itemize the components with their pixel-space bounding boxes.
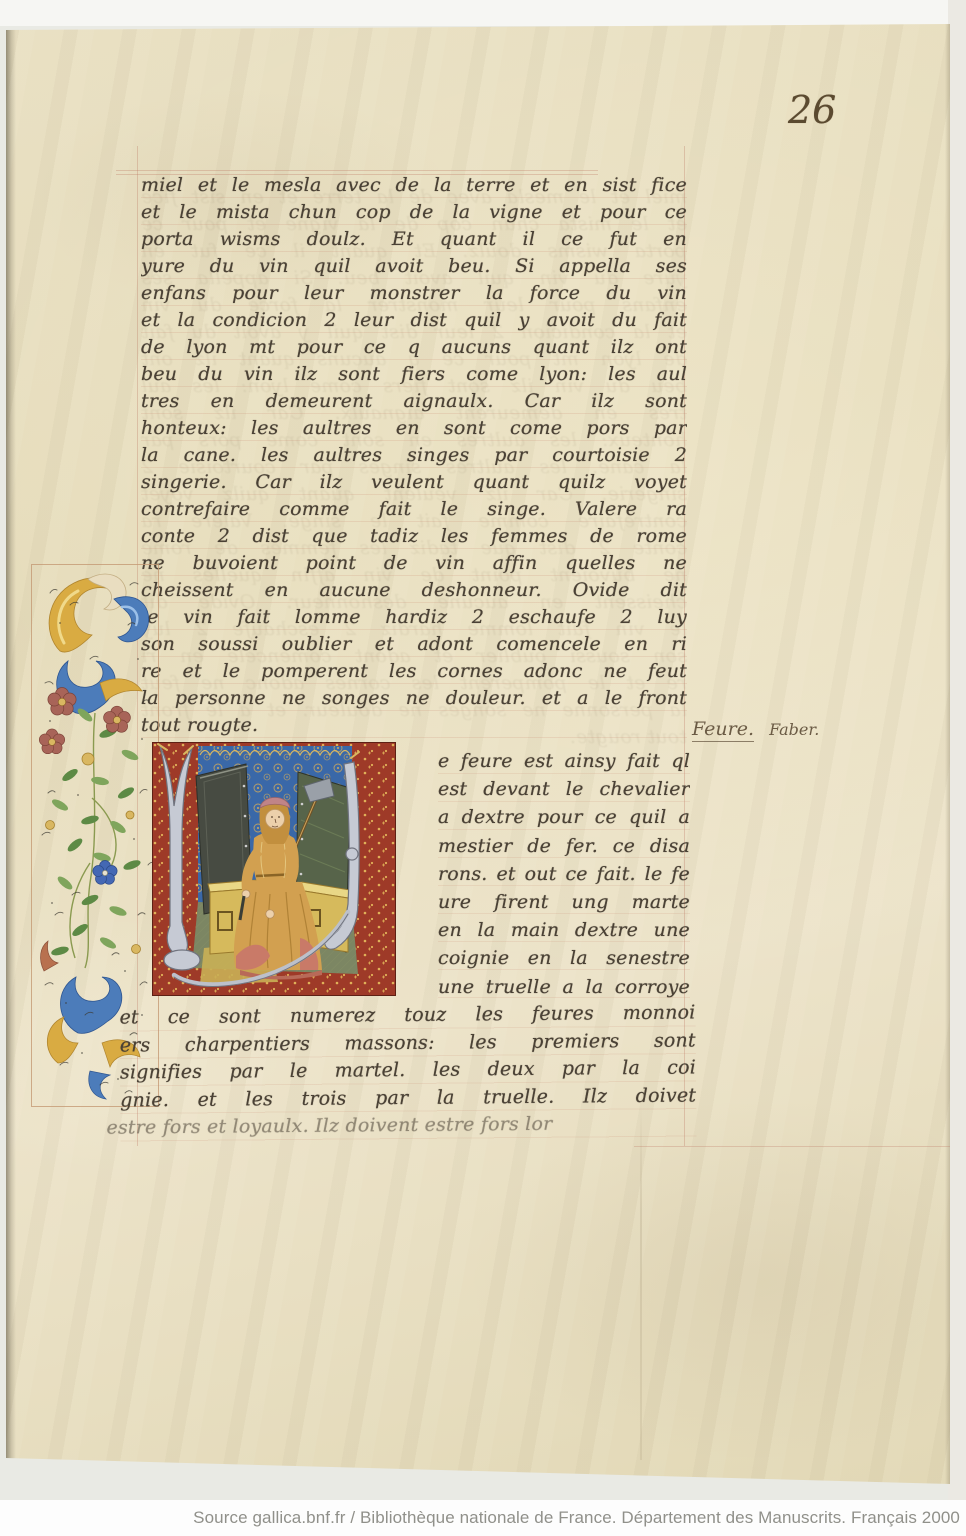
manuscript-page: 26 miel et le mesla avec de la terre et …	[6, 24, 950, 1484]
manuscript-line: beu du vin ilz sont fiers come lyon: les…	[141, 361, 687, 388]
manuscript-line: ure firent ung marte	[438, 888, 690, 916]
manuscript-line: et le mista chun cop de la vigne et pour…	[141, 199, 687, 226]
manuscript-line: enfans pour leur monstrer la force du vi…	[141, 280, 687, 307]
manuscript-line: une truelle a la corroye	[438, 973, 690, 1001]
margin-note-gloss: Faber.	[769, 720, 819, 739]
manuscript-line: et ce sont numerez touz les feures monno…	[119, 999, 695, 1032]
gallica-source-footer: Source gallica.bnf.fr / Bibliothèque nat…	[0, 1500, 966, 1536]
text-block-main: miel et le mesla avec de la terre et en …	[141, 172, 687, 739]
manuscript-line: le vin fait lomme hardiz 2 eschaufe 2 lu…	[141, 604, 687, 631]
parchment-crease-vertical	[640, 1104, 642, 1460]
parchment-crease-horizontal	[634, 1146, 950, 1147]
manuscript-line: coignie en la senestre	[438, 944, 690, 972]
manuscript-line: la cane. les aultres singes par courtois…	[141, 442, 687, 469]
manuscript-line: signifies par le martel. les deux par la…	[120, 1054, 696, 1087]
manuscript-line: e feure est ainsy fait ql	[438, 747, 690, 775]
text-block-bottom: et ce sont numerez touz les feures monno…	[119, 999, 696, 1142]
manuscript-line: en la main dextre une	[438, 916, 690, 944]
manuscript-line: rons. et out ce fait. le fe	[438, 860, 690, 888]
source-attribution: Source gallica.bnf.fr / Bibliothèque nat…	[193, 1508, 960, 1528]
manuscript-line: honteux: les aultres en sont come pors p…	[141, 415, 687, 442]
manuscript-line: la personne ne songes ne douleur. et a l…	[141, 685, 687, 712]
manuscript-line: de lyon mt pour ce q aucuns quant ilz on…	[141, 334, 687, 361]
manuscript-line: contrefaire comme fait le singe. Valere …	[141, 496, 687, 523]
margin-note-term: Feure.	[692, 718, 754, 742]
manuscript-line: est devant le chevalier	[438, 775, 690, 803]
manuscript-line: tres en demeurent aignaulx. Car ilz sont	[141, 388, 687, 415]
manuscript-line: cheissent en aucune deshonneur. Ovide di…	[141, 577, 687, 604]
manuscript-line: son soussi oublier et adont comencele en…	[141, 631, 687, 658]
manuscript-line: a dextre pour ce quil a	[438, 803, 690, 831]
scan-background-top	[0, 0, 966, 26]
folio-number: 26	[788, 88, 836, 132]
scan-background-right	[948, 0, 966, 1502]
illuminated-initial-miniature	[152, 742, 396, 996]
manuscript-line: conte 2 dist que tadiz les femmes de rom…	[141, 523, 687, 550]
text-block-column: e feure est ainsy fait ql est devant le …	[438, 747, 690, 1001]
manuscript-line: mestier de fer. ce disa	[438, 832, 690, 860]
manuscript-line: yure du vin quil avoit beu. Si appella s…	[141, 253, 687, 280]
manuscript-line: ne buvoient point de vin affin quelles n…	[141, 550, 687, 577]
manuscript-line: et la condicion 2 leur dist quil y avoit…	[141, 307, 687, 334]
blue-flower	[93, 861, 117, 885]
margin-note: Feure. Faber.	[692, 718, 819, 740]
scanned-manuscript-viewport: 26 miel et le mesla avec de la terre et …	[0, 0, 966, 1536]
manuscript-line: tout rougte.	[141, 712, 687, 739]
manuscript-line: miel et le mesla avec de la terre et en …	[141, 172, 687, 199]
manuscript-line: porta wisms doulz. Et quant il ce fut en	[141, 226, 687, 253]
manuscript-line: singerie. Car ilz veulent quant quilz vo…	[141, 469, 687, 496]
leaves	[50, 706, 141, 957]
binding-gutter-shadow	[6, 24, 16, 1462]
manuscript-line: estre fors et loyaulx. Ilz doivent estre…	[106, 1109, 696, 1142]
ruling-line-top	[116, 170, 598, 171]
page-edge-shadow	[945, 24, 950, 1484]
manuscript-line: re et le pomperent les cornes adonc ne f…	[141, 658, 687, 685]
